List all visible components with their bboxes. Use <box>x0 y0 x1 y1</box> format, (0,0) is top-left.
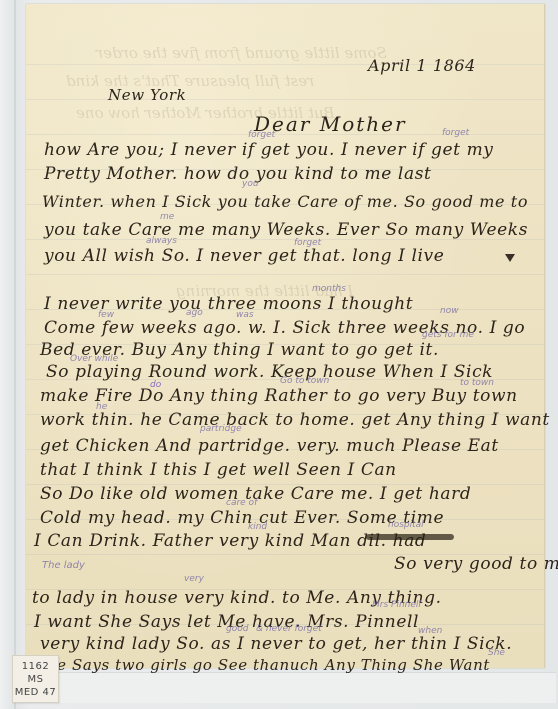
archive-label-number: 1162 <box>13 660 58 673</box>
caret-mark-icon <box>505 254 515 262</box>
pencil-annotation: & never forget <box>256 624 322 634</box>
pencil-annotation: months <box>312 284 346 294</box>
pencil-annotation: care of <box>226 498 257 508</box>
letter-line: So very good to me <box>394 554 558 574</box>
pencil-annotation: was <box>236 310 254 320</box>
pencil-annotation: gets for me <box>422 330 474 340</box>
pencil-annotation: forget <box>248 130 275 140</box>
pencil-annotation: partridge <box>200 424 242 434</box>
pencil-annotation: he <box>96 402 107 412</box>
mount-bottom-strip <box>26 672 556 703</box>
pencil-annotation: kind <box>248 522 267 532</box>
pencil-annotation: forget <box>294 238 321 248</box>
letter-line: Cold my head. my Chin cut Ever. Some tim… <box>40 508 444 528</box>
letter-line: how Are you; I never if get you. I never… <box>44 140 494 160</box>
pencil-annotation: me <box>160 212 174 222</box>
bleed-through-text: rest full pleasure That's the kind <box>66 72 314 90</box>
archive-label-collection: MS <box>13 673 58 686</box>
pencil-annotation: do <box>150 380 161 390</box>
ruling-line <box>26 274 544 275</box>
letter-line: Pretty Mother. how do you kind to me las… <box>44 164 431 184</box>
letter-date: April 1 1864 <box>368 56 476 75</box>
letter-place: New York <box>108 86 186 104</box>
letter-salutation: Dear Mother <box>254 112 407 136</box>
pencil-annotation: hospital <box>388 520 424 530</box>
pencil-annotation: good <box>226 624 248 634</box>
pencil-annotation: to town <box>460 378 494 388</box>
sleeve-edge <box>14 0 16 709</box>
letter-line: She Says two girls go See thanuch Any Th… <box>36 656 490 674</box>
pencil-annotation: Mrs Pinnell <box>372 600 421 610</box>
bleed-through-text: Some little ground from five the order <box>96 44 387 62</box>
letter-line: you All wish So. I never get that. long … <box>44 246 444 266</box>
letter-line: work thin. he Came back to home. get Any… <box>40 410 550 430</box>
letter-page: Some little ground from five the order r… <box>26 4 545 668</box>
pencil-annotation: Over while <box>70 354 118 364</box>
letter-line: you take Care me many Weeks. Ever So man… <box>44 220 528 240</box>
archive-label-shelfmark: MED 47 <box>13 686 58 699</box>
ruling-line <box>26 99 544 100</box>
letter-line: very kind lady So. as I never to get, he… <box>40 634 512 654</box>
pencil-annotation: ago <box>186 308 203 318</box>
pencil-annotation: when <box>418 626 442 636</box>
pencil-annotation: She <box>488 648 505 658</box>
ink-smudge <box>366 534 454 540</box>
archive-shelf-label: 1162 MS MED 47 <box>12 655 59 703</box>
pencil-annotation: you <box>242 179 259 189</box>
letter-line: that I think I this I get well Seen I Ca… <box>40 460 397 480</box>
pencil-annotation: The lady <box>42 560 85 571</box>
letter-line: Winter. when I Sick you take Care of me.… <box>42 192 528 211</box>
pencil-annotation: now <box>440 306 459 316</box>
letter-line: make Fire Do Any thing Rather to go very… <box>40 386 518 406</box>
pencil-annotation: few <box>98 310 114 320</box>
letter-line: get Chicken And partridge. very. much Pl… <box>40 436 499 456</box>
pencil-annotation: always <box>146 236 177 246</box>
pencil-annotation: Go to town <box>280 376 329 386</box>
letter-line: So playing Round work. Keep house When I… <box>46 362 493 382</box>
pencil-annotation: very <box>184 574 204 584</box>
pencil-annotation: forget <box>442 128 469 138</box>
